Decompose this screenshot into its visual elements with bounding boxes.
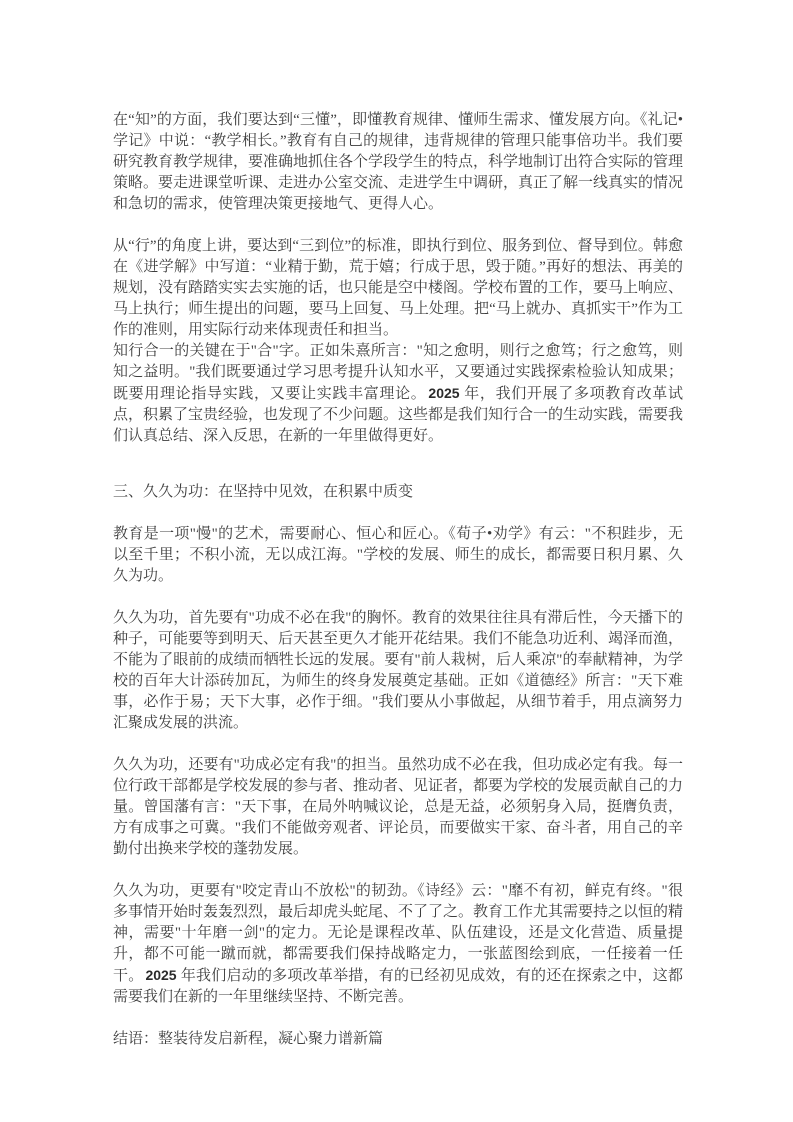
document-content: 在“知”的方面，我们要达到“三懂”，即懂教育规律、懂师生需求、懂发展方向。《礼记…: [113, 110, 683, 1071]
paragraph-success-not-mine: 久久为功，首先要有"功成不必在我"的胸怀。教育的效果往往具有滞后性，今天播下的种…: [113, 608, 683, 734]
paragraph-success-includes-me: 久久为功，还要有"功成必定有我"的担当。虽然功成不必在我，但功成必定有我。每一位…: [113, 755, 683, 860]
paragraph-action: 从“行”的角度上讲，要达到“三到位”的标准，即执行到位、服务到位、督导到位。韩愈…: [113, 236, 683, 341]
paragraph-unity-knowledge-action: 知行合一的关键在于"合"字。正如朱熹所言："知之愈明，则行之愈笃；行之愈笃，则知…: [113, 341, 683, 447]
paragraph-persistence: 久久为功，更要有"咬定青山不放松"的韧劲。《诗经》云："靡不有初，鲜克有终。"很…: [113, 881, 683, 1008]
paragraph-knowledge: 在“知”的方面，我们要达到“三懂”，即懂教育规律、懂师生需求、懂发展方向。《礼记…: [113, 110, 683, 215]
closing-line: 结语：整装待发启新程，凝心聚力谱新篇: [113, 1029, 683, 1050]
paragraph-text: 年我们启动的多项改革举措，有的已经初见成效，有的还在探索之中，这都需要我们在新的…: [113, 968, 683, 1005]
paragraph-slow-art: 教育是一项"慢"的艺术，需要耐心、恒心和匠心。《荀子•劝学》有云："不积跬步，无…: [113, 524, 683, 587]
year-highlight: 2025: [426, 385, 463, 401]
section-heading: 三、久久为功：在坚持中见效，在积累中质变: [113, 468, 683, 503]
year-highlight: 2025: [143, 967, 180, 983]
document-page: 在“知”的方面，我们要达到“三懂”，即懂教育规律、懂师生需求、懂发展方向。《礼记…: [0, 0, 793, 1122]
